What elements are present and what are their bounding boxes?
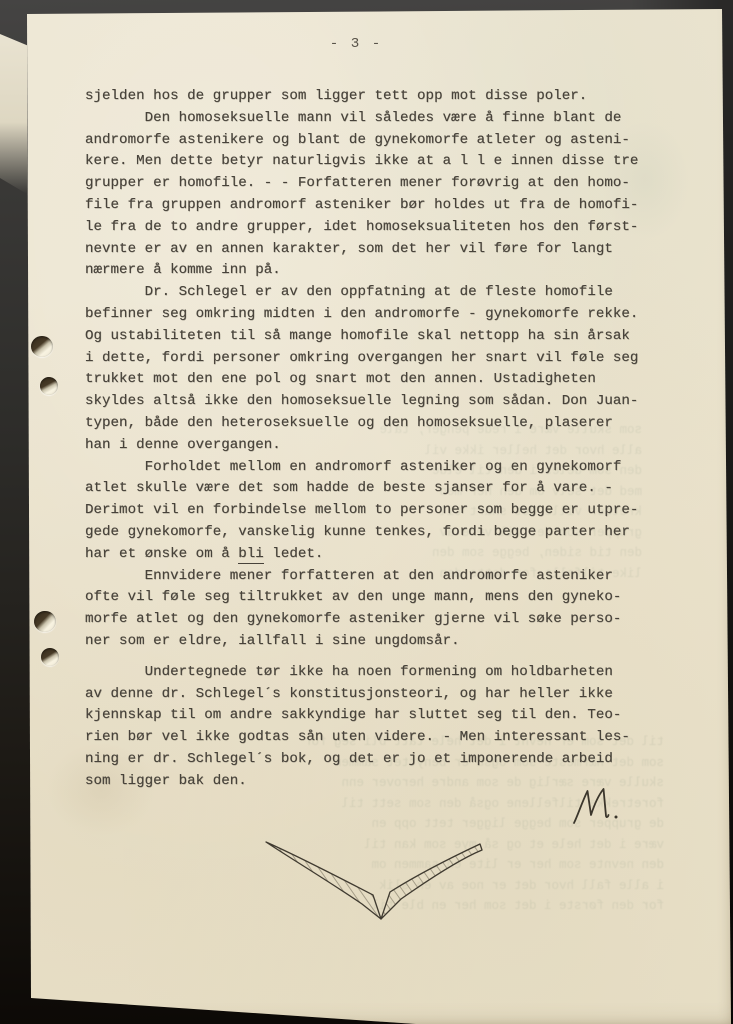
typed-text: ning er dr. Schlegel´s bok, og det er jo…	[85, 751, 613, 767]
punch-hole	[40, 647, 60, 667]
typed-text: andromorfe astenikere og blant de gyneko…	[85, 132, 630, 148]
punch-hole	[38, 375, 59, 396]
punch-hole	[31, 336, 53, 357]
typed-line: skyldes altså ikke den homoseksuelle leg…	[85, 391, 695, 413]
hand-drawn-check-mark	[260, 834, 488, 931]
typed-text: ofte vil føle seg tiltrukket av den unge…	[85, 589, 621, 605]
typed-line: trukket mot den ene pol og snart mot den…	[85, 369, 695, 391]
typed-line: i dette, fordi personer omkring overgang…	[85, 348, 695, 370]
typed-line: nevnte er av en annen karakter, som det …	[85, 239, 695, 261]
typed-text: Den homoseksuelle mann vil således være …	[85, 110, 621, 126]
typed-text: Ennvidere mener forfatteren at den andro…	[85, 568, 613, 584]
underlying-sheet-edge	[0, 34, 27, 194]
typed-line: ning er dr. Schlegel´s bok, og det er jo…	[85, 749, 695, 771]
typed-line: atlet skulle være det som hadde de beste…	[85, 478, 695, 500]
typed-text: som ligger bak den.	[85, 773, 247, 789]
typed-text: han i denne overgangen.	[85, 437, 281, 453]
typed-line: kere. Men dette betyr naturligvis ikke a…	[85, 151, 695, 173]
punch-hole	[33, 610, 57, 633]
typed-line: morfe atlet og den gynekomorfe asteniker…	[85, 609, 695, 631]
typed-line: rien bør vel ikke godtas sån uten videre…	[85, 727, 695, 749]
typed-text: sjelden hos de grupper som ligger tett o…	[85, 88, 587, 104]
typed-text: rien bør vel ikke godtas sån uten videre…	[85, 729, 630, 745]
typed-line: ofte vil føle seg tiltrukket av den unge…	[85, 587, 695, 609]
typed-line: kjennskap til om andre sakkyndige har sl…	[85, 705, 695, 727]
typed-line: av denne dr. Schlegel´s konstitusjonsteo…	[85, 684, 695, 706]
typed-line: Den homoseksuelle mann vil således være …	[85, 108, 695, 130]
typed-text: grupper er homofile. - - Forfatteren men…	[85, 175, 630, 191]
typed-line: nærmere å komme inn på.	[85, 260, 695, 282]
typed-text: morfe atlet og den gynekomorfe asteniker…	[85, 611, 621, 627]
page-number: - 3 -	[330, 36, 383, 52]
typed-text: Dr. Schlegel er av den oppfatning at de …	[85, 284, 613, 300]
typed-line: han i denne overgangen.	[85, 435, 695, 457]
typed-text: Og ustabiliteten til så mange homofile s…	[85, 328, 630, 344]
typed-text: typen, både den heteroseksuelle og den h…	[85, 415, 613, 431]
typed-text: le fra de to andre grupper, idet homosek…	[85, 219, 638, 235]
typed-text: av denne dr. Schlegel´s konstitusjonsteo…	[85, 686, 613, 702]
typed-text: atlet skulle være det som hadde de beste…	[85, 480, 613, 496]
typed-line: befinner seg omkring midten i den androm…	[85, 304, 695, 326]
typed-text: befinner seg omkring midten i den androm…	[85, 306, 638, 322]
typed-line: file fra gruppen andromorf asteniker bør…	[85, 195, 695, 217]
handwritten-signature-m: M.	[570, 784, 622, 835]
typed-text: skyldes altså ikke den homoseksuelle leg…	[85, 393, 638, 409]
typed-text: Forholdet mellom en andromorf asteniker …	[85, 459, 621, 475]
typed-text: har et ønske om å	[85, 546, 238, 562]
document-page: som skulle være i rede penger, tale alle…	[0, 0, 733, 1024]
typed-lines: sjelden hos de grupper som ligger tett o…	[85, 86, 695, 793]
typed-text: Derimot vil en forbindelse mellom to per…	[85, 502, 638, 518]
underlined-word: bli	[238, 546, 264, 564]
typed-text: i dette, fordi personer omkring overgang…	[85, 350, 638, 366]
typed-text: nærmere å komme inn på.	[85, 262, 281, 278]
typed-line: Derimot vil en forbindelse mellom to per…	[85, 500, 695, 522]
typed-line: har et ønske om å bli ledet.	[85, 544, 695, 566]
typed-text: trukket mot den ene pol og snart mot den…	[85, 371, 596, 387]
typed-line: Forholdet mellom en andromorf asteniker …	[85, 457, 695, 479]
typed-text: ledet.	[264, 546, 324, 562]
typed-line: andromorfe astenikere og blant de gyneko…	[85, 130, 695, 152]
scanned-document-photo: som skulle være i rede penger, tale alle…	[0, 0, 733, 1024]
typed-line: Og ustabiliteten til så mange homofile s…	[85, 326, 695, 348]
typed-line: gede gynekomorfe, vanskelig kunne tenkes…	[85, 522, 695, 544]
typed-text: Undertegnede tør ikke ha noen formening …	[85, 664, 613, 680]
typed-text: gede gynekomorfe, vanskelig kunne tenkes…	[85, 524, 630, 540]
typed-line: Dr. Schlegel er av den oppfatning at de …	[85, 282, 695, 304]
typed-line: ner som er eldre, iallfall i sine ungdom…	[85, 631, 695, 653]
typed-text: nevnte er av en annen karakter, som det …	[85, 241, 613, 257]
typed-text: ner som er eldre, iallfall i sine ungdom…	[85, 633, 460, 649]
typed-text: kere. Men dette betyr naturligvis ikke a…	[85, 153, 638, 169]
typed-line: le fra de to andre grupper, idet homosek…	[85, 217, 695, 239]
typed-line: sjelden hos de grupper som ligger tett o…	[85, 86, 695, 108]
typed-text: file fra gruppen andromorf asteniker bør…	[85, 197, 638, 213]
typed-line: Undertegnede tør ikke ha noen formening …	[85, 662, 695, 684]
typed-line: Ennvidere mener forfatteren at den andro…	[85, 566, 695, 588]
typed-text: kjennskap til om andre sakkyndige har sl…	[85, 707, 621, 723]
typed-line: typen, både den heteroseksuelle og den h…	[85, 413, 695, 435]
typed-line: grupper er homofile. - - Forfatteren men…	[85, 173, 695, 195]
